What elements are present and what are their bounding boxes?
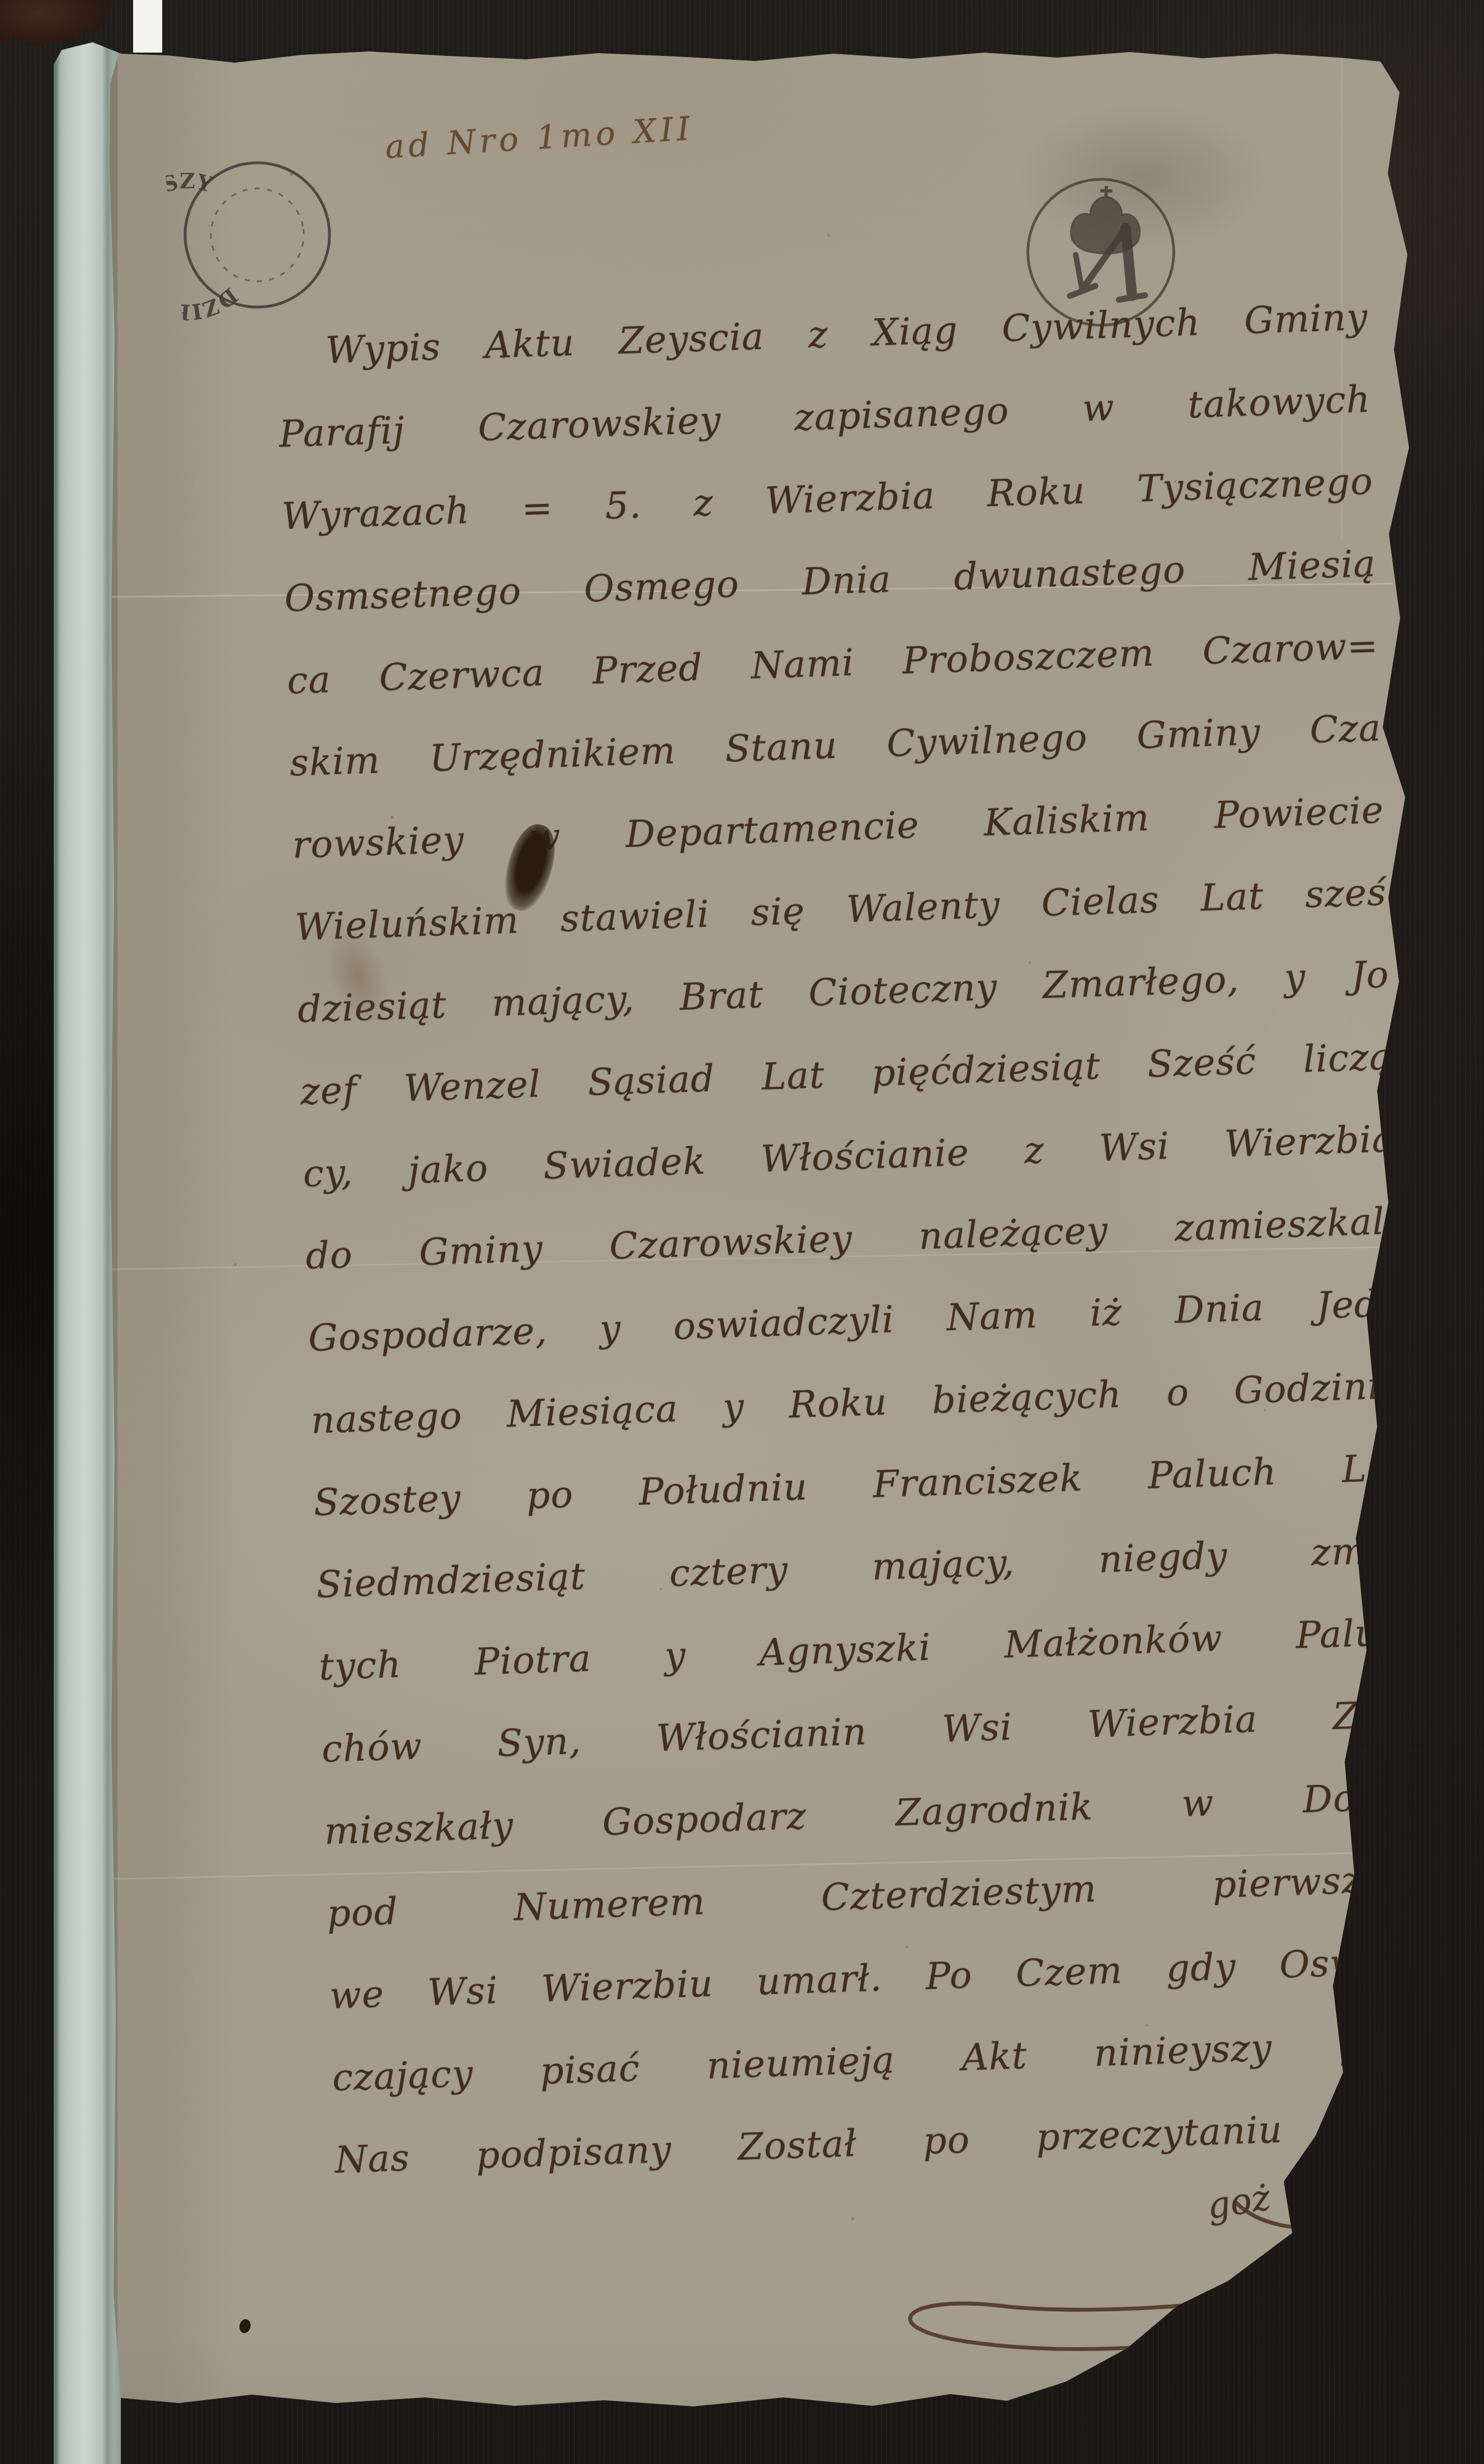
underlying-page-edge xyxy=(54,40,121,2464)
ink-dot xyxy=(238,2318,252,2334)
white-bookmark-tab xyxy=(133,0,162,53)
signature-flourish xyxy=(870,2169,1435,2432)
binding-remnant xyxy=(0,0,115,51)
scanned-document-page: DZIESIĘC ❀ GROSZY N ad Nro 1mo XII Wypis… xyxy=(0,0,1484,2464)
manuscript-text: Wypis Aktu Zeyscia z Xiąg Cywilnych Gmin… xyxy=(275,276,1428,2201)
manuscript-paper: DZIESIĘC ❀ GROSZY N ad Nro 1mo XII Wypis… xyxy=(0,0,1484,2464)
registry-number-annotation: ad Nro 1mo XII xyxy=(384,109,694,166)
stamp-inner-dashed-ring xyxy=(206,183,309,287)
revenue-stamp-dziesiec-groszy: DZIESIĘC ❀ GROSZY xyxy=(164,142,351,328)
stamp-text: DZIESIĘC ❀ GROSZY xyxy=(164,163,245,329)
